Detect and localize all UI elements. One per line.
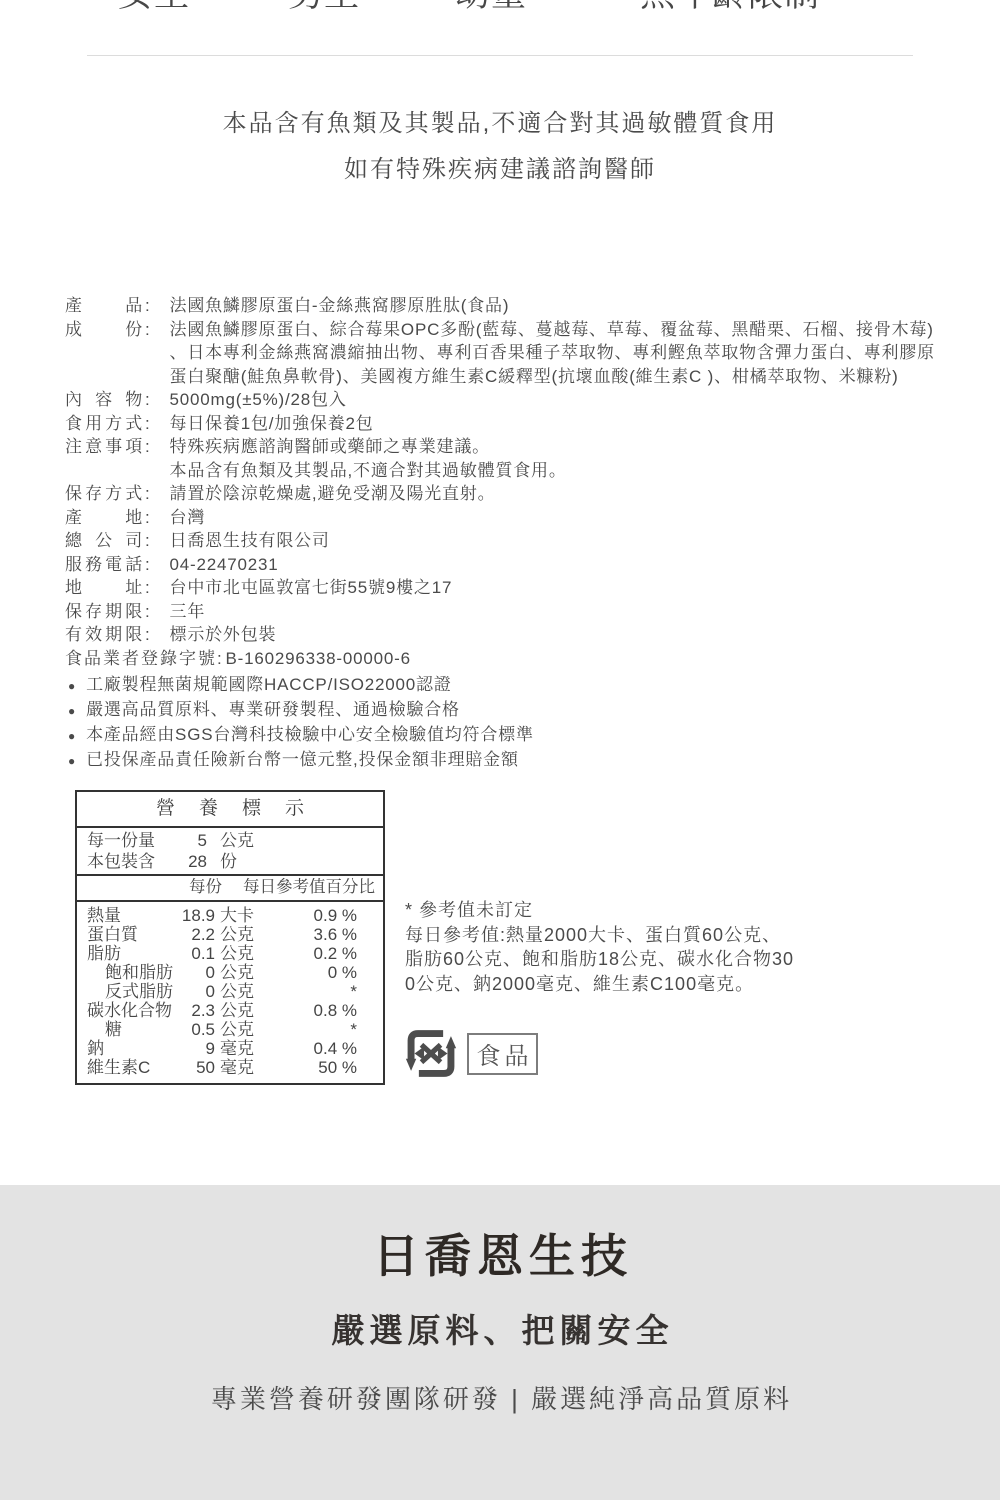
tag-no-age-limit: 無年齡限制 bbox=[640, 0, 820, 13]
brand-slogan: 嚴選原料、把關安全 bbox=[0, 1305, 1000, 1352]
detail-label: 食用方式 bbox=[65, 412, 143, 436]
product-details: 產品: 法國魚鱗膠原蛋白-金絲燕窩膠原胜肽(食品) 成份: 法國魚鱗膠原蛋白、綜… bbox=[65, 294, 950, 670]
detail-value: 5000mg(±5%)/28包入 bbox=[170, 388, 950, 412]
detail-value: 法國魚鱗膠原蛋白-金絲燕窩膠原胜肽(食品) bbox=[170, 294, 950, 318]
detail-value: 台灣 bbox=[170, 506, 950, 530]
detail-value: 法國魚鱗膠原蛋白、綜合莓果OPC多酚(藍莓、蔓越莓、草莓、覆盆莓、黑醋栗、石榴、… bbox=[170, 318, 950, 389]
bullet-icon: ● bbox=[68, 724, 76, 748]
detail-label: 成份 bbox=[65, 318, 143, 342]
list-item: ●工廠製程無菌規範國際HACCP/ISO22000認證 bbox=[68, 673, 534, 698]
detail-colon: : bbox=[145, 482, 151, 506]
table-row: 每一份量 5 公克 bbox=[87, 830, 383, 851]
table-row: 反式脂肪0公克* bbox=[87, 982, 357, 1001]
detail-colon: : bbox=[145, 576, 151, 600]
detail-value: 特殊疾病應諮詢醫師或藥師之專業建議。 本品含有魚類及其製品,不適合對其過敏體質食… bbox=[170, 435, 950, 482]
detail-label: 食品業者登錄字號 bbox=[65, 647, 217, 671]
tag-child: 幼童 bbox=[455, 0, 527, 13]
detail-value: B-160296338-00000-6 bbox=[226, 647, 950, 671]
detail-colon: : bbox=[145, 435, 151, 459]
detail-row-storage: 保存方式: 請置於陰涼乾燥處,避免受潮及陽光直射。 bbox=[65, 482, 950, 506]
detail-colon: : bbox=[145, 388, 151, 412]
detail-row-origin: 產地: 台灣 bbox=[65, 506, 950, 530]
brand-footer: 日喬恩生技 嚴選原料、把關安全 專業營養研發團隊研發 | 嚴選純淨高品質原料 bbox=[0, 1185, 1000, 1500]
detail-label: 保存方式 bbox=[65, 482, 143, 506]
nutrition-body: 熱量18.9大卡0.9 % 蛋白質2.2公克3.6 % 脂肪0.1公克0.2 %… bbox=[77, 902, 383, 1083]
column-headers: 每份 每日參考值百分比 bbox=[77, 876, 383, 902]
detail-row-phone: 服務電話: 04-22470231 bbox=[65, 553, 950, 577]
food-label: 食品 bbox=[473, 1036, 533, 1071]
table-row: 鈉9毫克0.4 % bbox=[87, 1039, 357, 1058]
detail-value: 台中市北屯區敦富七街55號9樓之17 bbox=[170, 576, 950, 600]
detail-label: 內容物 bbox=[65, 388, 143, 412]
audience-tags: 女生 男生 幼童 無年齡限制 bbox=[0, 0, 1000, 15]
detail-value: 日喬恩生技有限公司 bbox=[170, 529, 950, 553]
detail-label: 注意事項 bbox=[65, 435, 143, 459]
list-item: ●嚴選高品質原料、專業研發製程、通過檢驗合格 bbox=[68, 698, 534, 723]
detail-row-contents: 內容物: 5000mg(±5%)/28包入 bbox=[65, 388, 950, 412]
detail-value: 每日保養1包/加強保養2包 bbox=[170, 412, 950, 436]
detail-colon: : bbox=[145, 553, 151, 577]
allergen-notice: 本品含有魚類及其製品,不適合對其過敏體質食用 如有特殊疾病建議諮詢醫師 bbox=[0, 101, 1000, 193]
detail-value: 三年 bbox=[170, 600, 950, 624]
table-row: 脂肪0.1公克0.2 % bbox=[87, 944, 357, 963]
detail-row-expiry: 有效期限: 標示於外包裝 bbox=[65, 623, 950, 647]
nutrition-title: 營養標示 bbox=[77, 792, 383, 828]
detail-colon: : bbox=[145, 318, 151, 342]
detail-label: 保存期限 bbox=[65, 600, 143, 624]
detail-colon: : bbox=[217, 647, 223, 671]
table-row: 飽和脂肪0公克0 % bbox=[87, 963, 357, 982]
detail-label: 產品 bbox=[65, 294, 143, 318]
table-row: 糖0.5公克* bbox=[87, 1020, 357, 1039]
detail-value: 標示於外包裝 bbox=[170, 623, 950, 647]
detail-label: 服務電話 bbox=[65, 553, 143, 577]
detail-colon: : bbox=[145, 529, 151, 553]
tag-male: 男生 bbox=[288, 0, 360, 13]
detail-colon: : bbox=[145, 412, 151, 436]
detail-colon: : bbox=[145, 600, 151, 624]
detail-colon: : bbox=[145, 294, 151, 318]
table-row: 蛋白質2.2公克3.6 % bbox=[87, 925, 357, 944]
detail-value: 04-22470231 bbox=[170, 553, 950, 577]
taiwan-recycling-icon bbox=[405, 1027, 457, 1080]
bullet-icon: ● bbox=[68, 699, 76, 723]
detail-row-company: 總公司: 日喬恩生技有限公司 bbox=[65, 529, 950, 553]
detail-label: 有效期限 bbox=[65, 623, 143, 647]
product-info-page: 女生 男生 幼童 無年齡限制 本品含有魚類及其製品,不適合對其過敏體質食用 如有… bbox=[0, 0, 1000, 1500]
daily-value-reference-note: * 參考值未訂定 每日參考值:熱量2000大卡、蛋白質60公克、 脂肪60公克、… bbox=[405, 898, 805, 996]
allergen-line-1: 本品含有魚類及其製品,不適合對其過敏體質食用 bbox=[0, 101, 1000, 147]
table-row: 碳水化合物2.3公克0.8 % bbox=[87, 1001, 357, 1020]
quality-claims-list: ●工廠製程無菌規範國際HACCP/ISO22000認證 ●嚴選高品質原料、專業研… bbox=[68, 673, 534, 773]
list-item: ●本產品經由SGS台灣科技檢驗中心安全檢驗值均符合標準 bbox=[68, 723, 534, 748]
tag-female: 女生 bbox=[118, 0, 190, 13]
brand-tagline: 專業營養研發團隊研發 | 嚴選純淨高品質原料 bbox=[0, 1379, 1000, 1416]
table-row: 熱量18.9大卡0.9 % bbox=[87, 906, 357, 925]
table-row: 維生素C50毫克50 % bbox=[87, 1058, 357, 1077]
detail-label: 產地 bbox=[65, 506, 143, 530]
detail-label: 總公司 bbox=[65, 529, 143, 553]
detail-row-shelf-life: 保存期限: 三年 bbox=[65, 600, 950, 624]
detail-value: 請置於陰涼乾燥處,避免受潮及陽光直射。 bbox=[170, 482, 950, 506]
detail-row-precautions: 注意事項: 特殊疾病應諮詢醫師或藥師之專業建議。 本品含有魚類及其製品,不適合對… bbox=[65, 435, 950, 482]
bullet-icon: ● bbox=[68, 749, 76, 773]
detail-row-usage: 食用方式: 每日保養1包/加強保養2包 bbox=[65, 412, 950, 436]
food-label-box: 食品 bbox=[467, 1033, 538, 1075]
nutrition-facts-table: 營養標示 每一份量 5 公克 本包裝含 28 份 每份 每日參考值百分比 熱量1… bbox=[75, 790, 385, 1085]
brand-name: 日喬恩生技 bbox=[0, 1185, 1000, 1282]
detail-colon: : bbox=[145, 506, 151, 530]
detail-row-address: 地址: 台中市北屯區敦富七街55號9樓之17 bbox=[65, 576, 950, 600]
detail-row-product: 產品: 法國魚鱗膠原蛋白-金絲燕窩膠原胜肽(食品) bbox=[65, 294, 950, 318]
detail-row-ingredients: 成份: 法國魚鱗膠原蛋白、綜合莓果OPC多酚(藍莓、蔓越莓、草莓、覆盆莓、黑醋栗… bbox=[65, 318, 950, 389]
detail-label: 地址 bbox=[65, 576, 143, 600]
serving-info: 每一份量 5 公克 本包裝含 28 份 bbox=[77, 828, 383, 876]
list-item: ●已投保產品責任險新台幣一億元整,投保金額非理賠金額 bbox=[68, 748, 534, 773]
detail-colon: : bbox=[145, 623, 151, 647]
allergen-line-2: 如有特殊疾病建議諮詢醫師 bbox=[0, 147, 1000, 193]
food-recycling-mark: 食品 bbox=[405, 1027, 538, 1080]
detail-row-registration: 食品業者登錄字號: B-160296338-00000-6 bbox=[65, 647, 950, 671]
table-row: 本包裝含 28 份 bbox=[87, 851, 383, 872]
section-divider bbox=[87, 55, 913, 56]
bullet-icon: ● bbox=[68, 674, 76, 698]
